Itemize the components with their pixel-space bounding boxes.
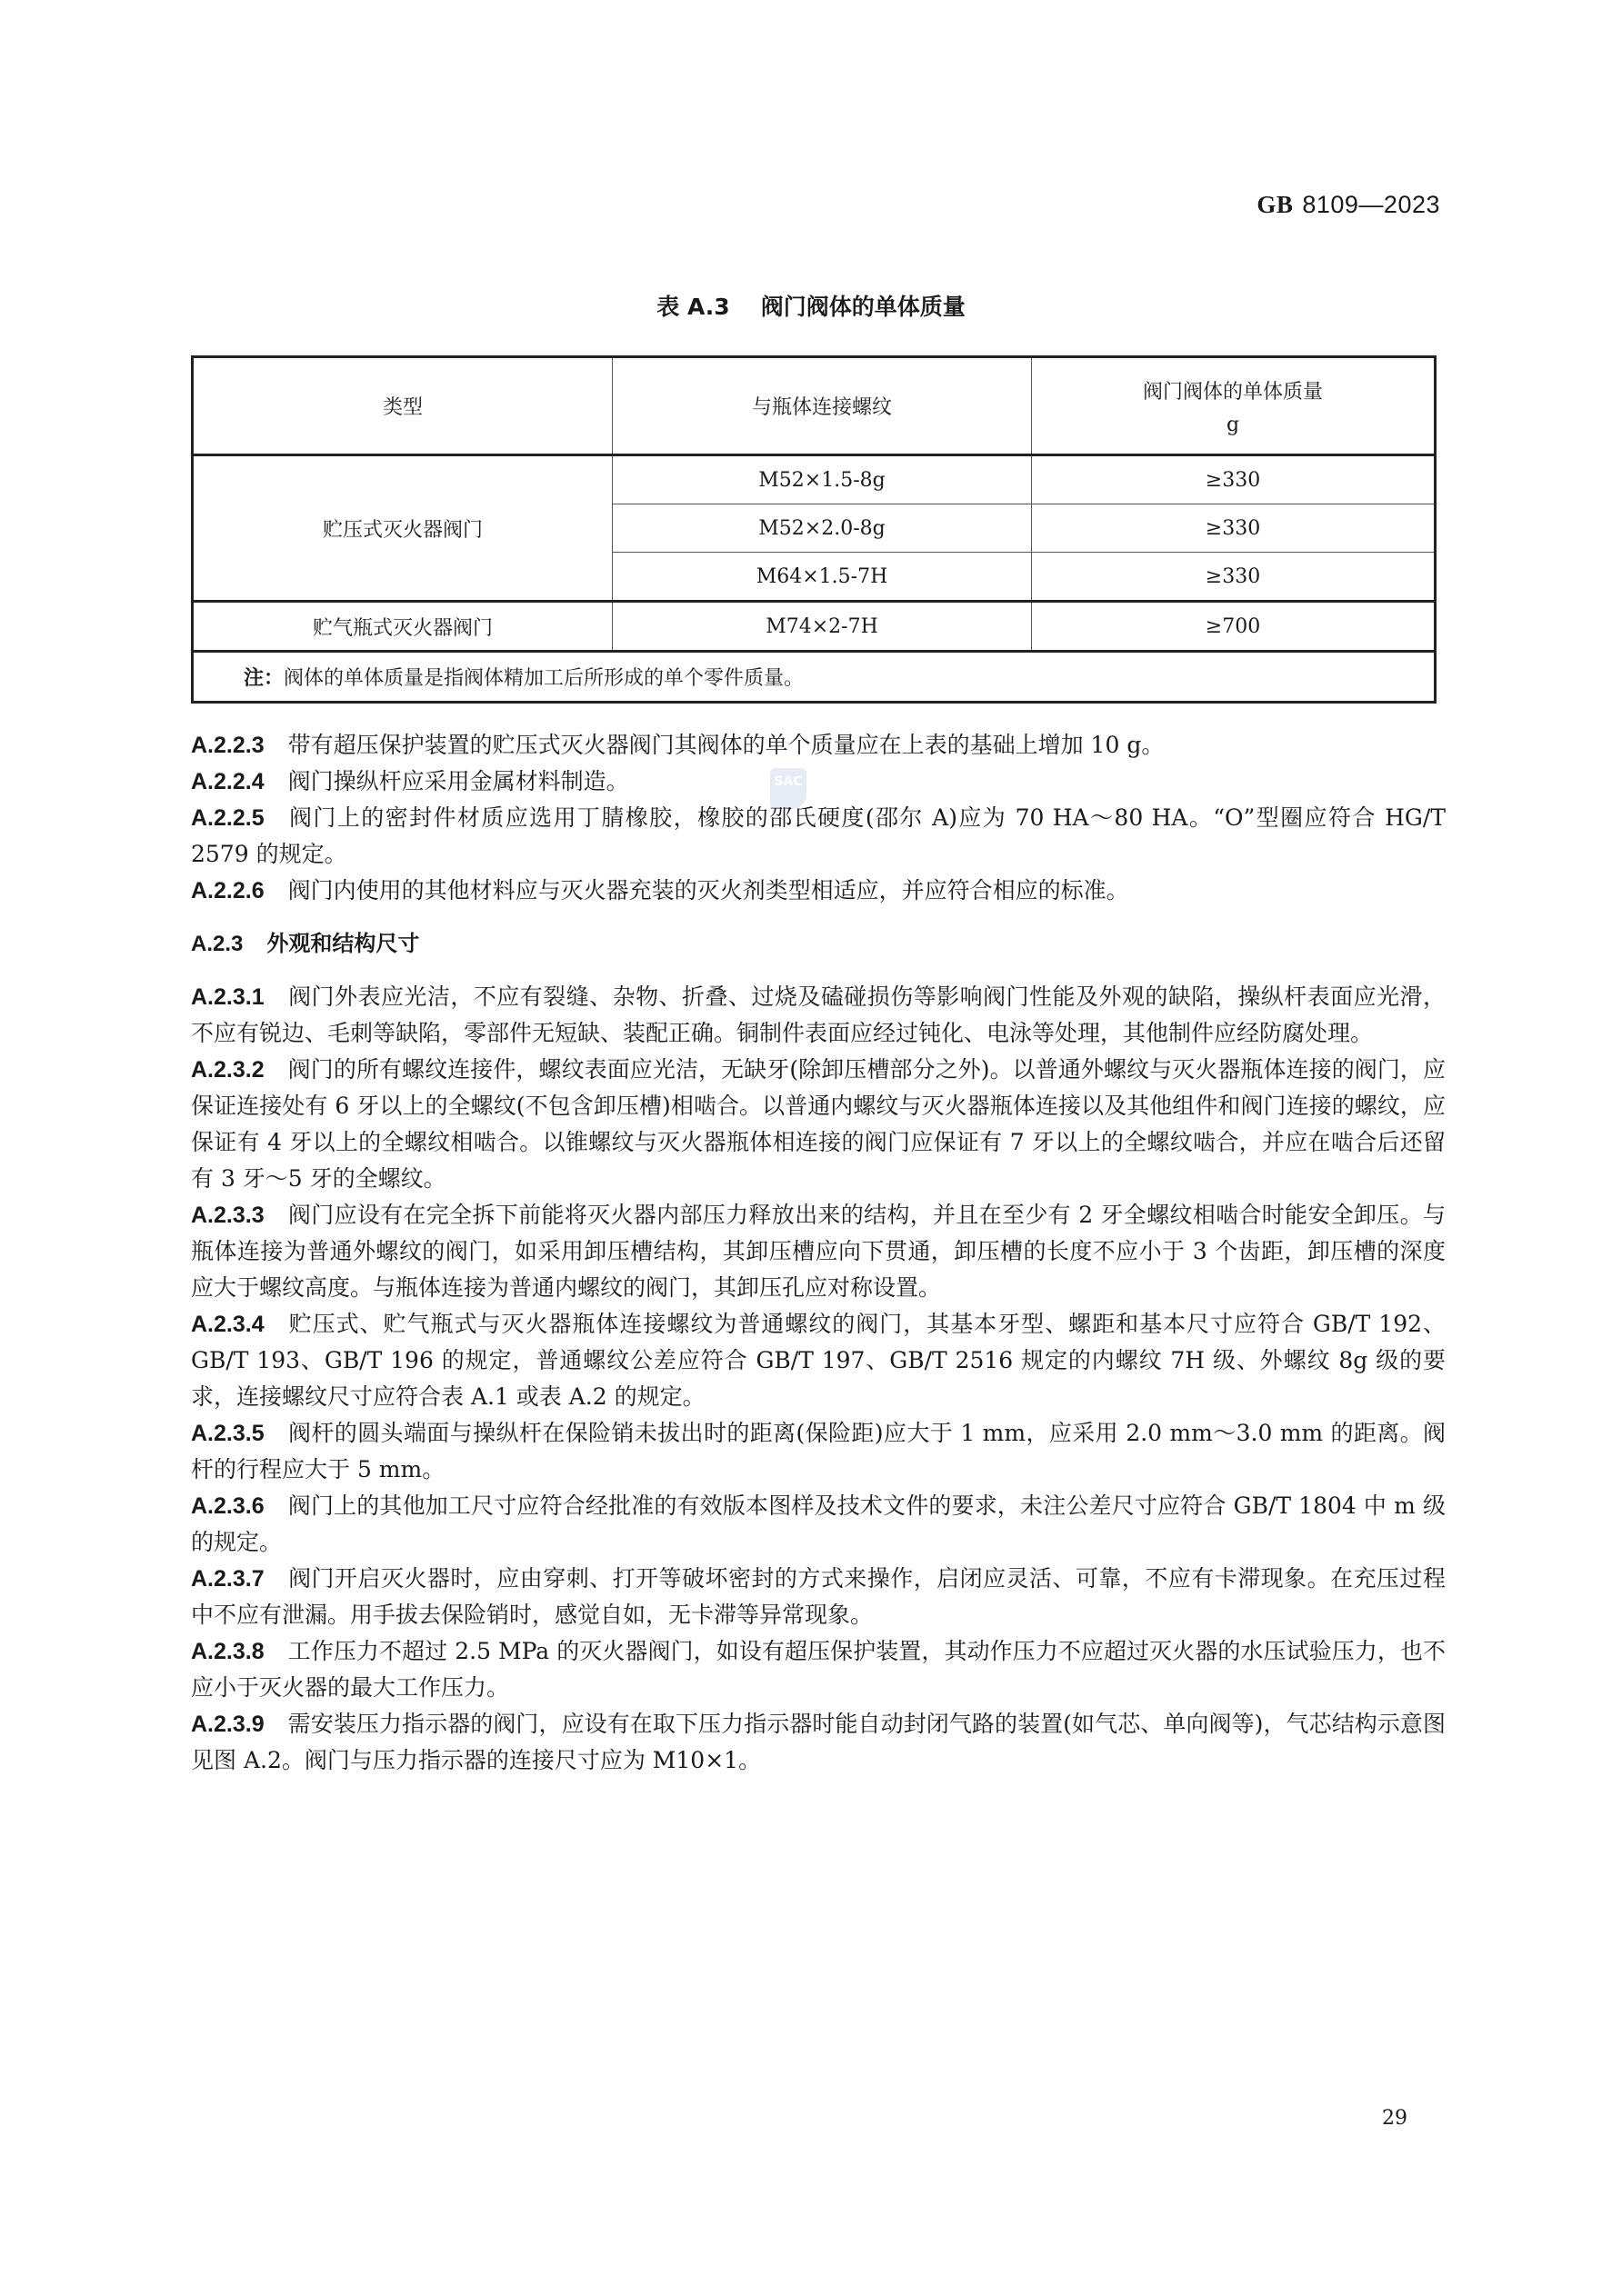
clause-text: 阀门内使用的其他材料应与灭火器充装的灭火剂类型相适应，并应符合相应的标准。 — [288, 877, 1129, 903]
cell-thread: M74×2-7H — [613, 602, 1032, 652]
clause-number: A.2.3.9 — [191, 1712, 265, 1737]
clause-number: A.2.3.7 — [191, 1566, 265, 1592]
clause-text: 阀门外表应光洁，不应有裂缝、杂物、折叠、过烧及磕碰损伤等影响阀门性能及外观的缺陷… — [191, 983, 1446, 1046]
clause-text: 阀门应设有在完全拆下前能将灭火器内部压力释放出来的结构，并且在至少有 2 牙全螺… — [191, 1202, 1446, 1301]
paragraph-a2338: A.2.3.8工作压力不超过 2.5 MPa 的灭火器阀门，如设有超压保护装置，… — [191, 1633, 1446, 1706]
clause-text: 阀杆的圆头端面与操纵杆在保险销未拔出时的距离(保险距)应大于 1 mm，应采用 … — [191, 1420, 1446, 1482]
clause-text: 阀门操纵杆应采用金属材料制造。 — [288, 768, 629, 794]
cell-type-stored-pressure: 贮压式灭火器阀门 — [193, 455, 613, 602]
table-caption: 表 A.3阀门阀体的单体质量 — [0, 289, 1622, 322]
section-heading-a23: A.2.3外观和结构尺寸 — [191, 925, 1446, 963]
table-caption-title: 阀门阀体的单体质量 — [761, 294, 966, 320]
clause-number: A.2.3.5 — [191, 1421, 265, 1446]
cell-type-cartridge: 贮气瓶式灭火器阀门 — [193, 602, 613, 652]
section-number: A.2.3 — [191, 932, 243, 956]
clause-text: 阀门上的密封件材质应选用丁腈橡胶，橡胶的邵氏硬度(邵尔 A)应为 70 HA～8… — [191, 804, 1446, 867]
section-a222-paragraphs: A.2.2.3带有超压保护装置的贮压式灭火器阀门其阀体的单个质量应在上表的基础上… — [191, 727, 1446, 1779]
standard-prefix: GB — [1257, 191, 1293, 218]
paragraph-a2334: A.2.3.4贮压式、贮气瓶式与灭火器瓶体连接螺纹为普通螺纹的阀门，其基本牙型、… — [191, 1306, 1446, 1415]
clause-number: A.2.2.5 — [191, 805, 265, 831]
paragraph-a2331: A.2.3.1阀门外表应光洁，不应有裂缝、杂物、折叠、过烧及磕碰损伤等影响阀门性… — [191, 979, 1446, 1052]
clause-text: 阀门开启灭火器时，应由穿刺、打开等破坏密封的方式来操作，启闭应灵活、可靠，不应有… — [191, 1565, 1446, 1628]
cell-mass: ≥330 — [1032, 504, 1436, 553]
page-number: 29 — [1382, 2107, 1407, 2130]
standard-code: GB8109—2023 — [1257, 191, 1440, 219]
note-label: 注： — [244, 667, 284, 690]
header-mass: 阀门阀体的单体质量 g — [1032, 357, 1436, 455]
clause-number: A.2.3.8 — [191, 1639, 265, 1664]
table-note: 注：阀体的单体质量是指阀体精加工后所形成的单个零件质量。 — [193, 652, 1436, 703]
paragraph-a2332: A.2.3.2阀门的所有螺纹连接件，螺纹表面应光洁，无缺牙(除卸压槽部分之外)。… — [191, 1052, 1446, 1197]
clause-number: A.2.2.6 — [191, 878, 265, 903]
header-type: 类型 — [193, 357, 613, 455]
paragraph-a2223: A.2.2.3带有超压保护装置的贮压式灭火器阀门其阀体的单个质量应在上表的基础上… — [191, 727, 1446, 764]
clause-text: 贮压式、贮气瓶式与灭火器瓶体连接螺纹为普通螺纹的阀门，其基本牙型、螺距和基本尺寸… — [191, 1311, 1446, 1410]
table-caption-label: 表 A.3 — [656, 294, 729, 320]
valve-mass-table: 类型 与瓶体连接螺纹 阀门阀体的单体质量 g 贮压式灭火器阀门 M52×1.5-… — [191, 355, 1437, 704]
header-thread: 与瓶体连接螺纹 — [613, 357, 1032, 455]
paragraph-a2333: A.2.3.3阀门应设有在完全拆下前能将灭火器内部压力释放出来的结构，并且在至少… — [191, 1197, 1446, 1306]
clause-number: A.2.3.4 — [191, 1312, 265, 1337]
section-title: 外观和结构尺寸 — [266, 931, 419, 956]
clause-text: 工作压力不超过 2.5 MPa 的灭火器阀门，如设有超压保护装置，其动作压力不应… — [191, 1638, 1446, 1701]
cell-mass: ≥330 — [1032, 553, 1436, 602]
table-row: 贮压式灭火器阀门 M52×1.5-8g ≥330 — [193, 455, 1436, 504]
cell-mass: ≥700 — [1032, 602, 1436, 652]
standard-number: 8109—2023 — [1302, 191, 1440, 218]
table-header-row: 类型 与瓶体连接螺纹 阀门阀体的单体质量 g — [193, 357, 1436, 455]
clause-number: A.2.2.4 — [191, 769, 265, 794]
clause-text: 带有超压保护装置的贮压式灭火器阀门其阀体的单个质量应在上表的基础上增加 10 g… — [288, 732, 1165, 758]
table-row: 贮气瓶式灭火器阀门 M74×2-7H ≥700 — [193, 602, 1436, 652]
cell-thread: M52×2.0-8g — [613, 504, 1032, 553]
note-text: 阀体的单体质量是指阀体精加工后所形成的单个零件质量。 — [284, 667, 804, 690]
clause-number: A.2.3.2 — [191, 1057, 265, 1083]
header-mass-title: 阀门阀体的单体质量 — [1032, 376, 1434, 404]
clause-number: A.2.3.6 — [191, 1493, 265, 1519]
paragraph-a2226: A.2.2.6阀门内使用的其他材料应与灭火器充装的灭火剂类型相适应，并应符合相应… — [191, 873, 1446, 909]
header-mass-unit: g — [1032, 414, 1434, 436]
clause-number: A.2.2.3 — [191, 733, 265, 758]
paragraph-a2335: A.2.3.5阀杆的圆头端面与操纵杆在保险销未拔出时的距离(保险距)应大于 1 … — [191, 1415, 1446, 1488]
paragraph-a2224: A.2.2.4阀门操纵杆应采用金属材料制造。 — [191, 764, 1446, 800]
clause-text: 阀门的所有螺纹连接件，螺纹表面应光洁，无缺牙(除卸压槽部分之外)。以普通外螺纹与… — [191, 1056, 1446, 1192]
clause-number: A.2.3.3 — [191, 1203, 265, 1228]
paragraph-a2337: A.2.3.7阀门开启灭火器时，应由穿刺、打开等破坏密封的方式来操作，启闭应灵活… — [191, 1561, 1446, 1633]
cell-thread: M64×1.5-7H — [613, 553, 1032, 602]
clause-text: 需安装压力指示器的阀门，应设有在取下压力指示器时能自动封闭气路的装置(如气芯、单… — [191, 1711, 1446, 1773]
table-note-row: 注：阀体的单体质量是指阀体精加工后所形成的单个零件质量。 — [193, 652, 1436, 703]
cell-mass: ≥330 — [1032, 455, 1436, 504]
clause-text: 阀门上的其他加工尺寸应符合经批准的有效版本图样及技术文件的要求，未注公差尺寸应符… — [191, 1492, 1446, 1555]
cell-thread: M52×1.5-8g — [613, 455, 1032, 504]
paragraph-a2336: A.2.3.6阀门上的其他加工尺寸应符合经批准的有效版本图样及技术文件的要求，未… — [191, 1488, 1446, 1561]
paragraph-a2225: A.2.2.5阀门上的密封件材质应选用丁腈橡胶，橡胶的邵氏硬度(邵尔 A)应为 … — [191, 800, 1446, 873]
paragraph-a2339: A.2.3.9需安装压力指示器的阀门，应设有在取下压力指示器时能自动封闭气路的装… — [191, 1706, 1446, 1779]
clause-number: A.2.3.1 — [191, 984, 265, 1010]
